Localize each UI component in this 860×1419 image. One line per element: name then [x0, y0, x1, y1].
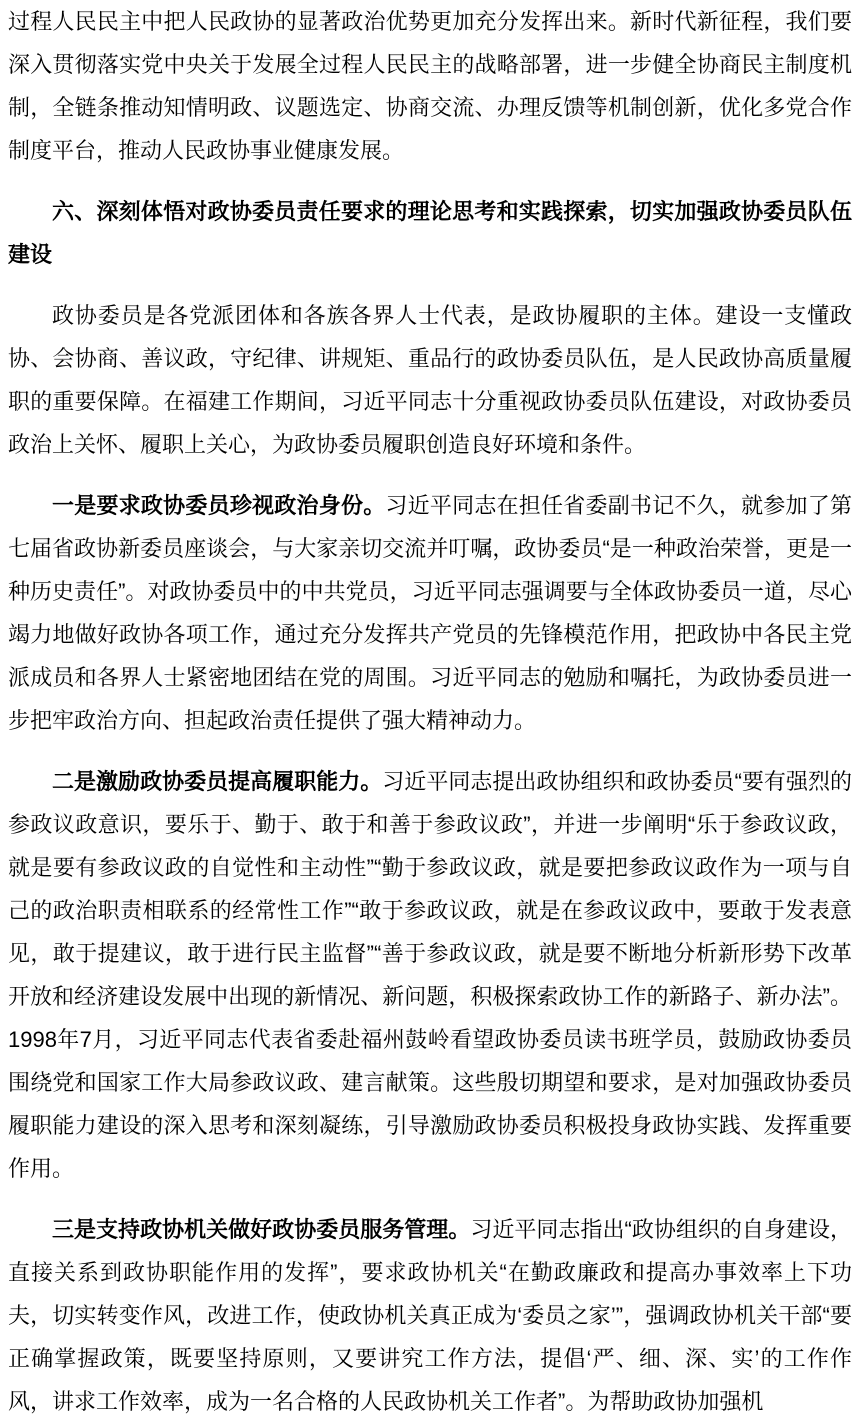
- paragraph-lead: 三是支持政协机关做好政协委员服务管理。: [52, 1217, 470, 1242]
- article-body: 过程人民民主中把人民政协的显著政治优势更加充分发挥出来。新时代新征程，我们要深入…: [8, 0, 852, 1419]
- paragraph-text: 习近平同志在担任省委副书记不久，就参加了第七届省政协新委员座谈会，与大家亲切交流…: [8, 493, 852, 733]
- paragraph: 政协委员是各党派团体和各族各界人士代表，是政协履职的主体。建设一支懂政协、会协商…: [8, 294, 852, 466]
- paragraph-lead: 二是激励政协委员提高履职能力。: [52, 769, 382, 794]
- paragraph: 三是支持政协机关做好政协委员服务管理。习近平同志指出“政协组织的自身建设，直接关…: [8, 1208, 852, 1419]
- paragraph: 二是激励政协委员提高履职能力。习近平同志提出政协组织和政协委员“要有强烈的参政议…: [8, 760, 852, 1190]
- section-heading: 六、深刻体悟对政协委员责任要求的理论思考和实践探索，切实加强政协委员队伍建设: [8, 190, 852, 276]
- paragraph-continuation: 过程人民民主中把人民政协的显著政治优势更加充分发挥出来。新时代新征程，我们要深入…: [8, 0, 852, 172]
- paragraph-text: 习近平同志提出政协组织和政协委员“要有强烈的参政议政意识，要乐于、勤于、敢于和善…: [8, 769, 852, 1181]
- paragraph: 一是要求政协委员珍视政治身份。习近平同志在担任省委副书记不久，就参加了第七届省政…: [8, 484, 852, 742]
- paragraph-text: 习近平同志指出“政协组织的自身建设，直接关系到政协职能作用的发挥”，要求政协机关…: [8, 1217, 852, 1414]
- paragraph-lead: 一是要求政协委员珍视政治身份。: [52, 493, 385, 518]
